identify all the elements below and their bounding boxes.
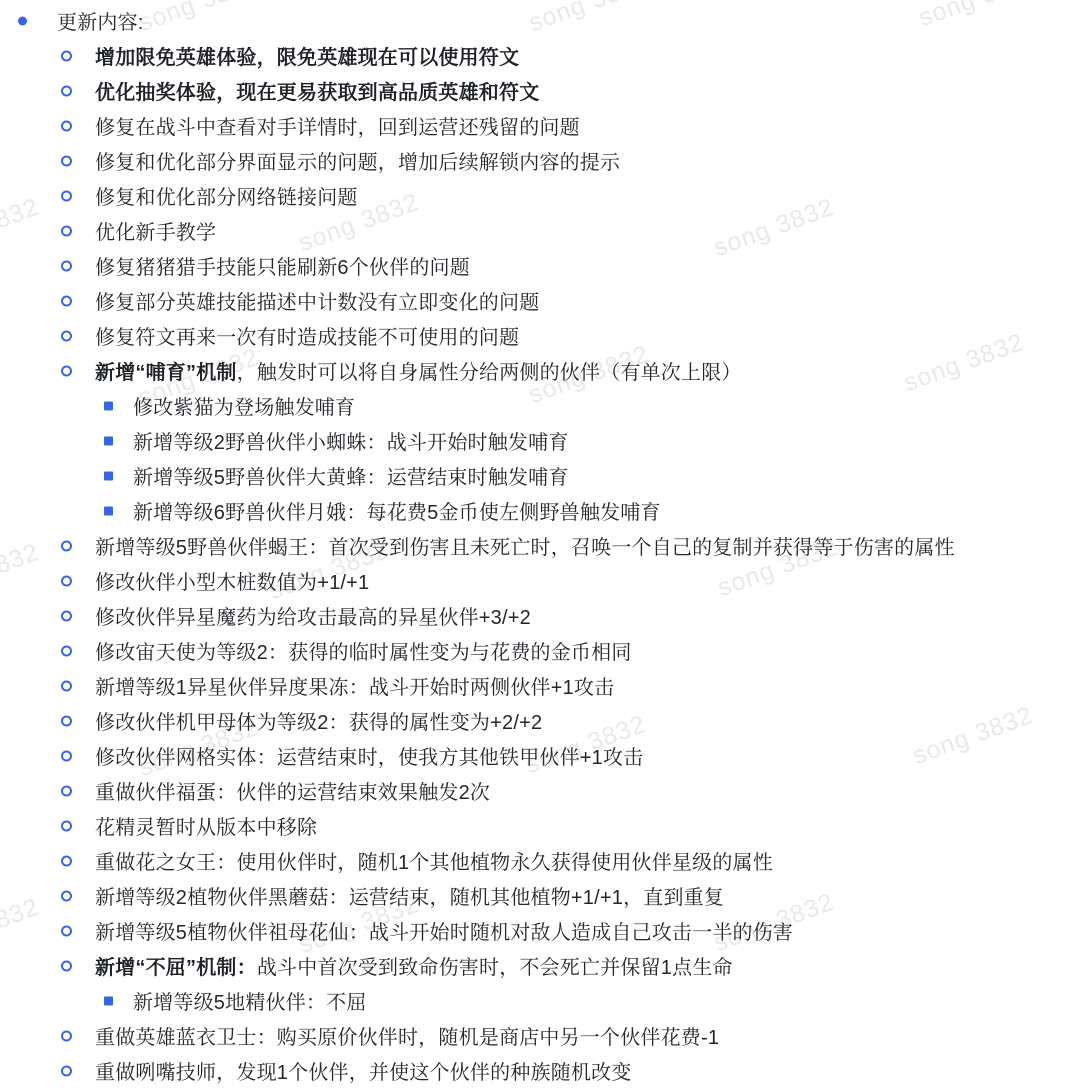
bullet-circle-icon [61, 610, 72, 621]
bullet-circle-icon [61, 890, 72, 901]
bullet-square-icon [104, 436, 113, 445]
list-item: 新增等级5植物伙伴祖母花仙：战斗开始时随机对敌人造成自己攻击一半的伤害 [0, 913, 1080, 948]
list-item: 修复和优化部分网络链接问题 [0, 178, 1080, 213]
bullet-circle-icon [61, 260, 72, 271]
list-item: 修复和优化部分界面显示的问题，增加后续解锁内容的提示 [0, 143, 1080, 178]
list-item-text: 重做咧嘴技师，发现1个伙伴，并使这个伙伴的种族随机改变 [95, 1056, 632, 1085]
bullet-square-icon [104, 506, 113, 515]
bullet-circle-icon [61, 50, 72, 61]
list-item-text: 新增等级5植物伙伴祖母花仙：战斗开始时随机对敌人造成自己攻击一半的伤害 [95, 916, 793, 945]
bullet-circle-icon [61, 715, 72, 726]
list-item-text: 优化抽奖体验，现在更易获取到高品质英雄和符文 [95, 76, 539, 105]
document-page: song 3832song 3832song 3832song 3832song… [0, 0, 1080, 1088]
list-item-text: 新增等级5野兽伙伴大黄蜂：运营结束时触发哺育 [133, 461, 569, 490]
list-item: 优化新手教学 [0, 213, 1080, 248]
list-item: 修改伙伴网格实体：运营结束时，使我方其他铁甲伙伴+1攻击 [0, 738, 1080, 773]
list-item-text: 新增“不屈”机制： [95, 951, 257, 980]
list-item-text: 修复符文再来一次有时造成技能不可使用的问题 [95, 321, 519, 350]
list-item-text: 修改伙伴异星魔药为给攻击最高的异星伙伴+3/+2 [95, 601, 531, 630]
list-item-text: 修复部分英雄技能描述中计数没有立即变化的问题 [95, 286, 539, 315]
list-item: 新增等级2植物伙伴黑蘑菇：运营结束，随机其他植物+1/+1，直到重复 [0, 878, 1080, 913]
bullet-circle-icon [61, 1065, 72, 1076]
list-item: 新增等级5地精伙伴：不屈 [0, 983, 1080, 1018]
list-item-text: 新增等级6野兽伙伴月娥：每花费5金币使左侧野兽触发哺育 [133, 496, 661, 525]
bullet-circle-icon [61, 645, 72, 656]
list-item-text: 新增等级5地精伙伴：不屈 [133, 986, 367, 1015]
list-item-text: 修改伙伴小型木桩数值为+1/+1 [95, 566, 369, 595]
list-item-text: 修复和优化部分网络链接问题 [95, 181, 358, 210]
list-item: 增加限免英雄体验，限免英雄现在可以使用符文 [0, 38, 1080, 73]
list-item-text: 新增等级2植物伙伴黑蘑菇：运营结束，随机其他植物+1/+1，直到重复 [95, 881, 724, 910]
bullet-circle-icon [61, 1030, 72, 1041]
bullet-circle-icon [61, 960, 72, 971]
bullet-circle-icon [61, 365, 72, 376]
bullet-square-icon [104, 471, 113, 480]
bullet-circle-icon [61, 855, 72, 866]
list-item: 优化抽奖体验，现在更易获取到高品质英雄和符文 [0, 73, 1080, 108]
list-item-text: 修改紫猫为登场触发哺育 [133, 391, 355, 420]
list-item: 新增等级5野兽伙伴大黄蜂：运营结束时触发哺育 [0, 458, 1080, 493]
list-item-text: 修复和优化部分界面显示的问题，增加后续解锁内容的提示 [95, 146, 620, 175]
bullet-circle-icon [61, 120, 72, 131]
bullet-circle-icon [61, 295, 72, 306]
list-item-text: 花精灵暂时从版本中移除 [95, 811, 317, 840]
bullet-square-icon [104, 996, 113, 1005]
list-item: 修改伙伴异星魔药为给攻击最高的异星伙伴+3/+2 [0, 598, 1080, 633]
list-item: 修复符文再来一次有时造成技能不可使用的问题 [0, 318, 1080, 353]
list-item: 重做咧嘴技师，发现1个伙伴，并使这个伙伴的种族随机改变 [0, 1053, 1080, 1088]
bullet-circle-icon [61, 225, 72, 236]
list-item-text: 新增“哺育”机制 [95, 356, 237, 385]
list-item: 新增“不屈”机制：战斗中首次受到致命伤害时，不会死亡并保留1点生命 [0, 948, 1080, 983]
list-item: 重做伙伴福蛋：伙伴的运营结束效果触发2次 [0, 773, 1080, 808]
list-item-text: 重做英雄蓝衣卫士：购买原价伙伴时，随机是商店中另一个伙伴花费-1 [95, 1021, 719, 1050]
bullet-circle-icon [61, 155, 72, 166]
list-item-text: 增加限免英雄体验，限免英雄现在可以使用符文 [95, 41, 519, 70]
bullet-disc-icon [18, 16, 27, 25]
list-item-text: 重做花之女王：使用伙伴时，随机1个其他植物永久获得使用伙伴星级的属性 [95, 846, 773, 875]
bullet-circle-icon [61, 680, 72, 691]
list-item-text: 新增等级1异星伙伴异度果冻：战斗开始时两侧伙伴+1攻击 [95, 671, 614, 700]
list-item: 修改宙天使为等级2：获得的临时属性变为与花费的金币相同 [0, 633, 1080, 668]
list-item: 修复猪猪猎手技能只能刷新6个伙伴的问题 [0, 248, 1080, 283]
list-item: 更新内容: [0, 3, 1080, 38]
list-item: 重做英雄蓝衣卫士：购买原价伙伴时，随机是商店中另一个伙伴花费-1 [0, 1018, 1080, 1053]
list-item: 修复部分英雄技能描述中计数没有立即变化的问题 [0, 283, 1080, 318]
bullet-circle-icon [61, 575, 72, 586]
list-item-text: 新增等级2野兽伙伴小蜘蛛：战斗开始时触发哺育 [133, 426, 569, 455]
list-item-text: 修改伙伴网格实体：运营结束时，使我方其他铁甲伙伴+1攻击 [95, 741, 643, 770]
list-item-text: 重做伙伴福蛋：伙伴的运营结束效果触发2次 [95, 776, 490, 805]
list-item-text: 修改伙伴机甲母体为等级2：获得的属性变为+2/+2 [95, 706, 542, 735]
list-item-text: 优化新手教学 [95, 216, 216, 245]
list-item: 修改紫猫为登场触发哺育 [0, 388, 1080, 423]
list-item-text: 新增等级5野兽伙伴蝎王：首次受到伤害且未死亡时，召唤一个自己的复制并获得等于伤害… [95, 531, 955, 560]
list-item: 花精灵暂时从版本中移除 [0, 808, 1080, 843]
list-item: 新增等级1异星伙伴异度果冻：战斗开始时两侧伙伴+1攻击 [0, 668, 1080, 703]
list-item: 新增等级6野兽伙伴月娥：每花费5金币使左侧野兽触发哺育 [0, 493, 1080, 528]
bullet-circle-icon [61, 85, 72, 96]
list-item-text: 修复在战斗中查看对手详情时，回到运营还残留的问题 [95, 111, 580, 140]
list-item-text: 修复猪猪猎手技能只能刷新6个伙伴的问题 [95, 251, 470, 280]
list-item: 修复在战斗中查看对手详情时，回到运营还残留的问题 [0, 108, 1080, 143]
bullet-circle-icon [61, 785, 72, 796]
bullet-circle-icon [61, 540, 72, 551]
bullet-circle-icon [61, 190, 72, 201]
bullet-circle-icon [61, 820, 72, 831]
bullet-circle-icon [61, 925, 72, 936]
list-item: 重做花之女王：使用伙伴时，随机1个其他植物永久获得使用伙伴星级的属性 [0, 843, 1080, 878]
list-item-text: ，触发时可以将自身属性分给两侧的伙伴（有单次上限） [237, 356, 742, 385]
list-item: 新增“哺育”机制，触发时可以将自身属性分给两侧的伙伴（有单次上限） [0, 353, 1080, 388]
list-item-text: 战斗中首次受到致命伤害时，不会死亡并保留1点生命 [257, 951, 733, 980]
bullet-square-icon [104, 401, 113, 410]
list-item: 修改伙伴机甲母体为等级2：获得的属性变为+2/+2 [0, 703, 1080, 738]
list-item: 修改伙伴小型木桩数值为+1/+1 [0, 563, 1080, 598]
list-item-text: 修改宙天使为等级2：获得的临时属性变为与花费的金币相同 [95, 636, 632, 665]
bullet-circle-icon [61, 330, 72, 341]
update-notes-list: 更新内容:增加限免英雄体验，限免英雄现在可以使用符文优化抽奖体验，现在更易获取到… [0, 0, 1080, 1088]
bullet-circle-icon [61, 750, 72, 761]
list-item-text: 更新内容: [57, 6, 144, 35]
list-item: 新增等级2野兽伙伴小蜘蛛：战斗开始时触发哺育 [0, 423, 1080, 458]
list-item: 新增等级5野兽伙伴蝎王：首次受到伤害且未死亡时，召唤一个自己的复制并获得等于伤害… [0, 528, 1080, 563]
